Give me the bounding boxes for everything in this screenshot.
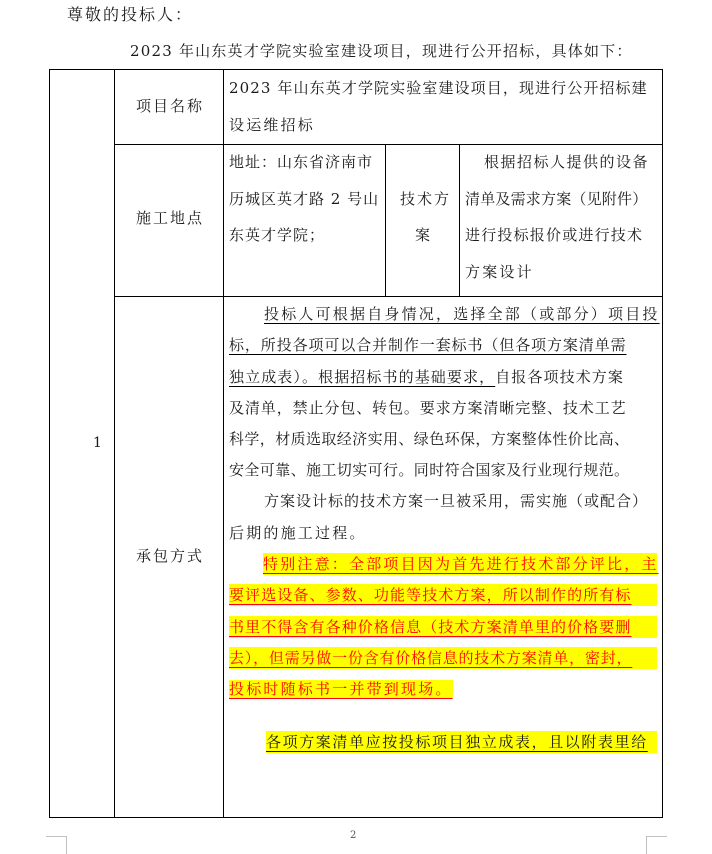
greeting: 尊敬的投标人： — [67, 2, 193, 25]
label-project-name: 项目名称 — [136, 91, 204, 122]
row-divider-1 — [114, 144, 662, 145]
corner-mark-right-v — [646, 836, 647, 854]
label-contract-method: 承包方式 — [136, 541, 204, 572]
table-border-bottom — [49, 817, 663, 818]
corner-mark-left-v — [66, 836, 67, 854]
table-border-right — [662, 69, 663, 818]
col-divider-3 — [385, 144, 386, 296]
table-border-left — [49, 69, 50, 818]
corner-mark-left-h — [46, 836, 67, 837]
table-border-top — [49, 69, 663, 70]
row-divider-2 — [114, 296, 662, 297]
row-number: 1 — [93, 428, 102, 459]
col-divider-4 — [459, 144, 460, 296]
col-divider-1 — [114, 69, 115, 818]
label-location: 施工地点 — [136, 203, 204, 234]
col-divider-2 — [223, 69, 224, 818]
corner-mark-right-h — [646, 836, 667, 837]
page-number: 2 — [350, 830, 356, 841]
intro-paragraph: 2023 年山东英才学院实验室建设项目，现进行公开招标，具体如下： — [130, 40, 633, 61]
